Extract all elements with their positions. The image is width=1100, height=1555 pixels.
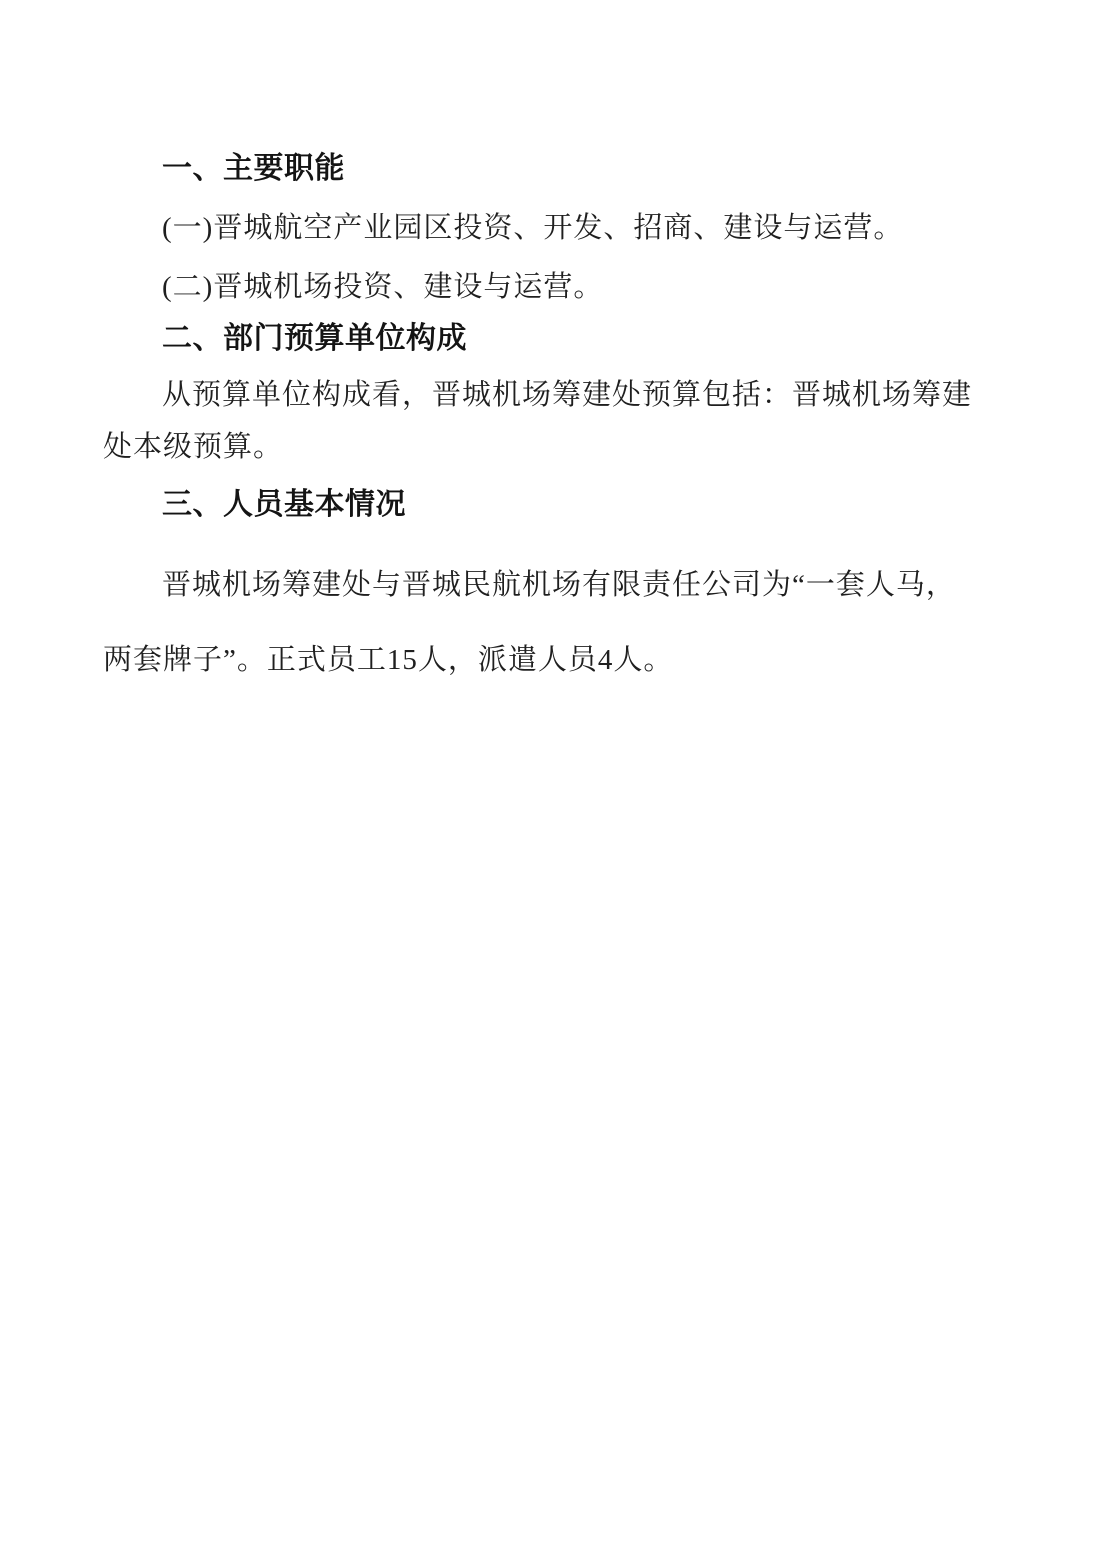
section-2-paragraph-1-line-2: 处本级预算。: [103, 430, 283, 464]
section-3-paragraph-1-line-1: 晋城机场筹建处与晋城民航机场有限责任公司为“一套人马，: [162, 568, 956, 602]
section-2-paragraph-1-line-1: 从预算单位构成看，晋城机场筹建处预算包括：晋城机场筹建: [162, 378, 972, 412]
section-1-paragraph-2-line-1: (二)晋城机场投资、建设与运营。: [162, 270, 603, 304]
section-3-heading: 三、人员基本情况: [162, 488, 406, 522]
section-1-heading: 一、主要职能: [162, 152, 345, 186]
section-1-paragraph-1-line-1: (一)晋城航空产业园区投资、开发、招商、建设与运营。: [162, 211, 903, 245]
section-2-heading: 二、部门预算单位构成: [162, 322, 467, 356]
section-3-paragraph-1-line-2: 两套牌子”。正式员工15人，派遣人员4人。: [103, 643, 673, 677]
document-page: 一、主要职能 (一)晋城航空产业园区投资、开发、招商、建设与运营。 (二)晋城机…: [0, 0, 1100, 1555]
